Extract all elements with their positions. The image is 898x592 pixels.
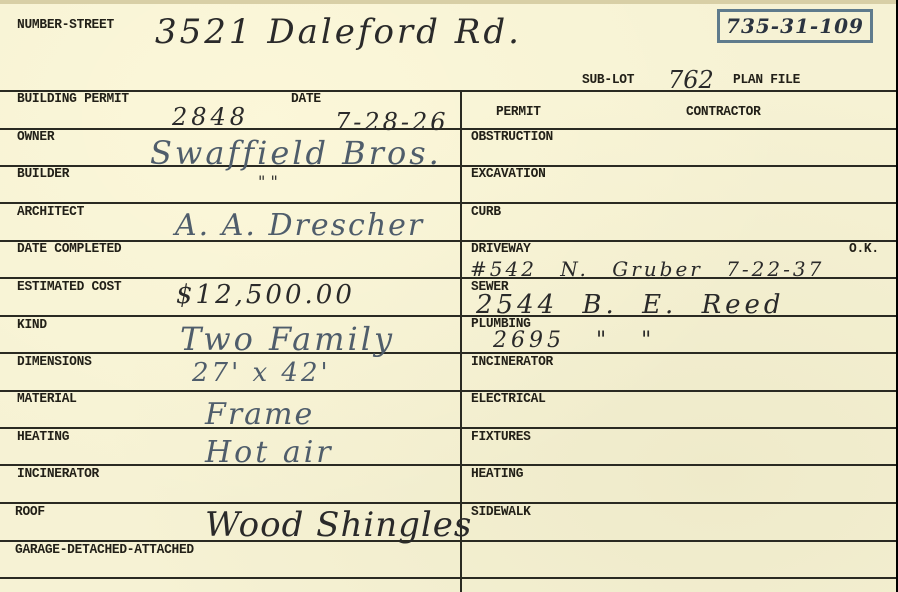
builder-value: " " xyxy=(258,172,278,191)
building-permit-label: BUILDING PERMIT xyxy=(17,91,129,107)
curb-label: CURB xyxy=(471,204,501,220)
row-divider xyxy=(0,427,896,429)
number-street-label: NUMBER-STREET xyxy=(17,17,114,33)
kind-label: KIND xyxy=(17,317,47,333)
garage-label: GARAGE-DETACHED-ATTACHED xyxy=(15,542,194,558)
row-divider xyxy=(0,464,896,466)
sidewalk-label: SIDEWALK xyxy=(471,504,531,520)
plan-file-label: PLAN FILE xyxy=(733,72,800,88)
permit-header: PERMIT xyxy=(496,104,541,120)
row-divider xyxy=(0,202,896,204)
row-divider xyxy=(0,240,896,242)
sub-lot-label: SUB-LOT xyxy=(582,72,634,88)
incinerator-permit-label: INCINERATOR xyxy=(471,354,553,370)
file-number-stamp: 735-31-109 xyxy=(717,9,873,43)
row-divider xyxy=(0,390,896,392)
material-value: Frame xyxy=(205,397,314,432)
architect-label: ARCHITECT xyxy=(17,204,84,220)
electrical-label: ELECTRICAL xyxy=(471,391,546,407)
contractor-header: CONTRACTOR xyxy=(686,104,761,120)
owner-value: Swaffield Bros. xyxy=(150,134,442,172)
building-permit-value: 2848 xyxy=(172,103,249,131)
row-divider xyxy=(0,352,896,354)
row-divider xyxy=(0,502,896,504)
roof-label: ROOF xyxy=(15,504,45,520)
driveway-value: #542 N. Gruber 7-22-37 xyxy=(470,257,824,281)
date-label: DATE xyxy=(291,91,321,107)
material-label: MATERIAL xyxy=(17,391,77,407)
number-street-value: 3521 Daleford Rd. xyxy=(155,12,522,52)
estimated-cost-label: ESTIMATED COST xyxy=(17,279,121,295)
date-completed-label: DATE COMPLETED xyxy=(17,241,121,257)
roof-value: Wood Shingles xyxy=(205,505,472,545)
builder-label: BUILDER xyxy=(17,166,69,182)
estimated-cost-value: $12,500.00 xyxy=(176,280,355,310)
owner-label: OWNER xyxy=(17,129,54,145)
obstruction-label: OBSTRUCTION xyxy=(471,129,553,145)
permit-card: NUMBER-STREET 3521 Daleford Rd. 735-31-1… xyxy=(0,0,896,592)
dimensions-label: DIMENSIONS xyxy=(17,354,92,370)
date-value: 7-28-26 xyxy=(335,108,449,136)
heating-value: Hot air xyxy=(205,435,334,470)
heating-permit-label: HEATING xyxy=(471,466,523,482)
card-top-edge xyxy=(0,0,896,4)
dimensions-value: 27' x 42' xyxy=(192,358,331,388)
driveway-status: O.K. xyxy=(849,241,879,257)
kind-value: Two Family xyxy=(180,320,395,358)
driveway-label: DRIVEWAY xyxy=(471,241,531,257)
row-divider xyxy=(0,90,896,92)
row-divider xyxy=(0,165,896,167)
fixtures-label: FIXTURES xyxy=(471,429,531,445)
row-divider xyxy=(0,577,896,579)
excavation-label: EXCAVATION xyxy=(471,166,546,182)
heating-label: HEATING xyxy=(17,429,69,445)
architect-value: A. A. Drescher xyxy=(175,208,424,243)
incinerator-label: INCINERATOR xyxy=(17,466,99,482)
plumbing-value: 2695 " " xyxy=(493,328,655,353)
